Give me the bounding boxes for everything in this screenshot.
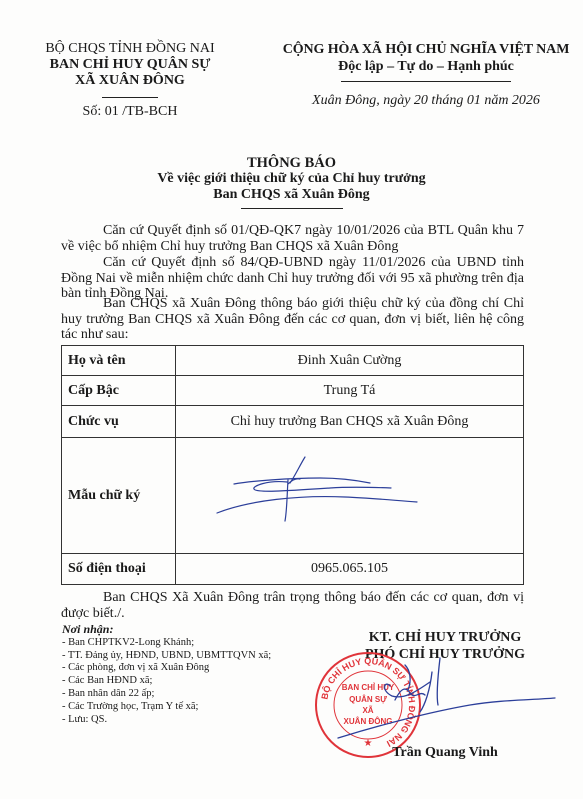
signer-signature-icon xyxy=(0,0,583,799)
signer-name: Trần Quang Vinh xyxy=(320,745,570,761)
